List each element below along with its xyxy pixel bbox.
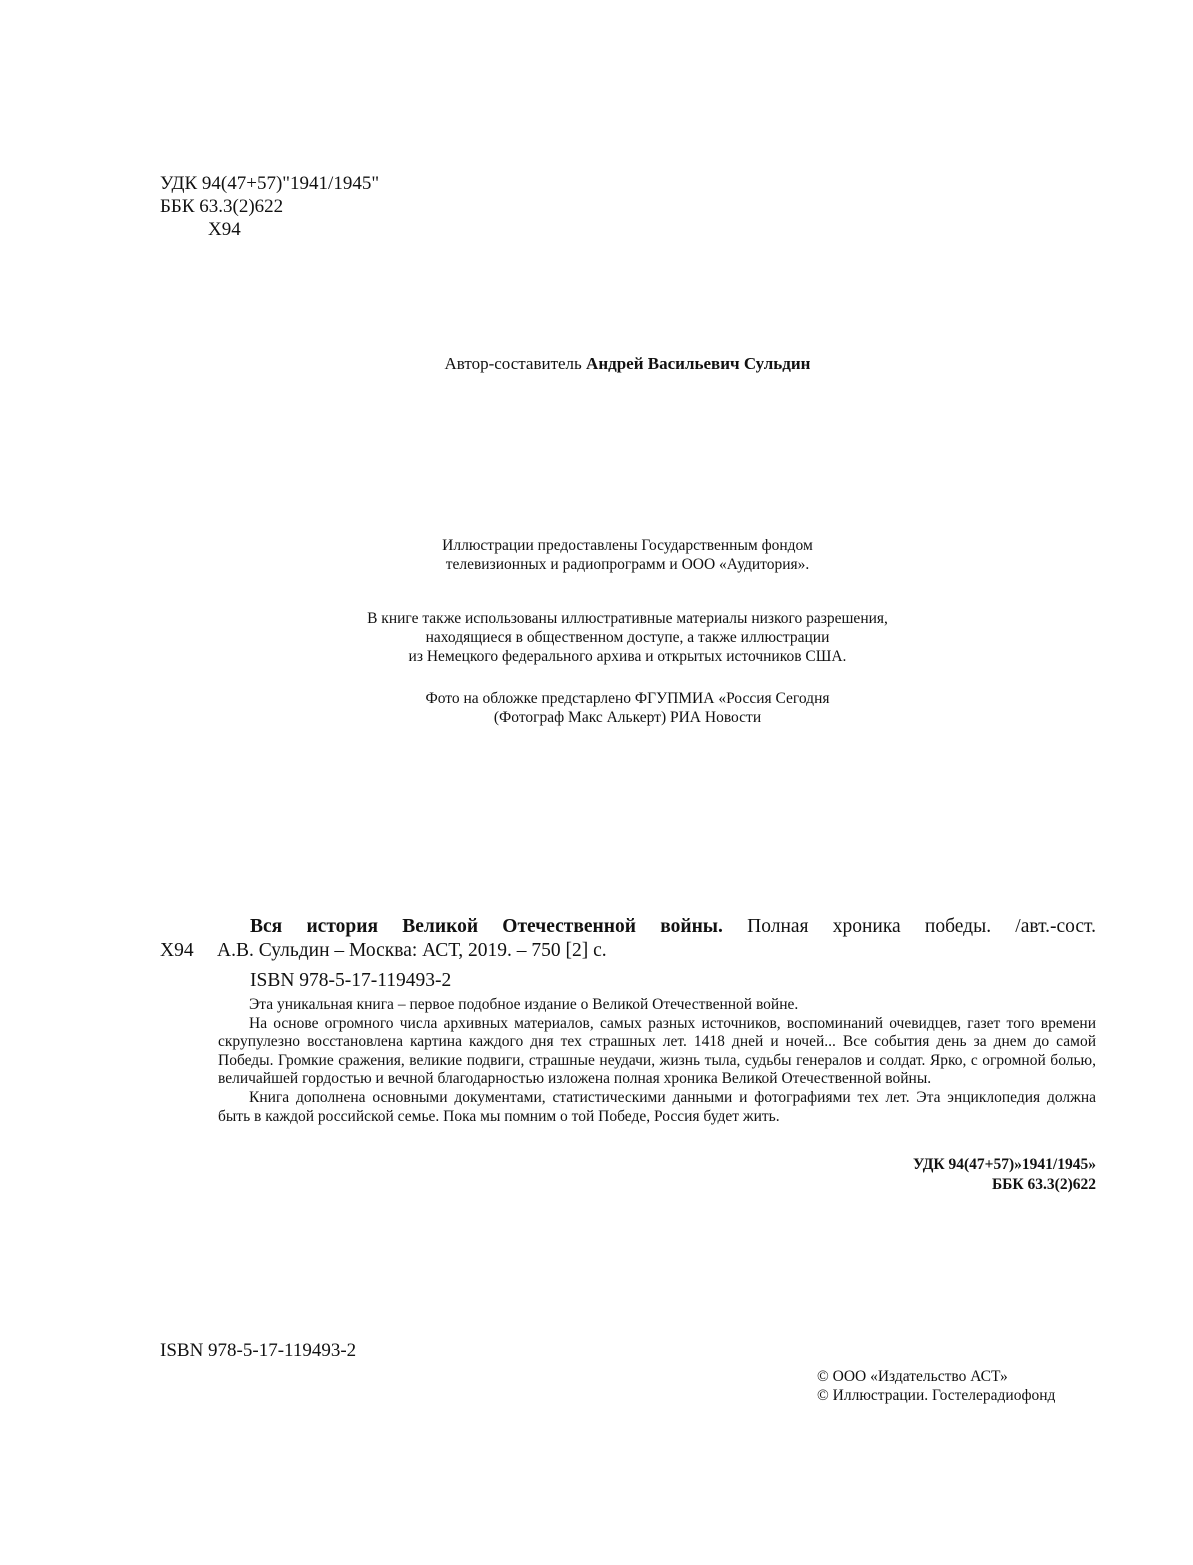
- classification-codes-top: УДК 94(47+57)"1941/1945" ББК 63.3(2)622 …: [160, 172, 379, 241]
- author-compiler-line: Автор-составитель Андрей Васильевич Суль…: [0, 354, 1193, 374]
- credit-line: из Немецкого федерального архива и откры…: [0, 647, 1193, 666]
- copyright-line: © ООО «Издательство АСТ»: [817, 1367, 1055, 1386]
- udk-code: УДК 94(47+57)»1941/1945»: [913, 1155, 1096, 1175]
- author-name: Андрей Васильевич Сульдин: [586, 354, 810, 373]
- annotation-paragraph: Книга дополнена основными документами, с…: [218, 1089, 1096, 1126]
- cover-photo-credit: Фото на обложке предстарлено ФГУПМИА «Ро…: [0, 689, 1193, 727]
- copyright-notice: © ООО «Издательство АСТ» © Иллюстрации. …: [817, 1367, 1055, 1405]
- credit-line: (Фотограф Макс Алькерт) РИА Новости: [0, 708, 1193, 727]
- copyright-line: © Иллюстрации. Гостелерадиофонд: [817, 1386, 1055, 1405]
- book-title: Вся история Великой Отечественной войны.: [250, 916, 723, 937]
- book-title-line: Вся история Великой Отечественной войны.…: [160, 915, 1096, 939]
- author-sign: Х94: [160, 218, 379, 241]
- annotation: Эта уникальная книга – первое подобное и…: [218, 996, 1096, 1126]
- materials-credit: В книге также использованы иллюстративны…: [0, 609, 1193, 666]
- illustrations-credit: Иллюстрации предоставлены Государственны…: [0, 536, 1193, 574]
- isbn: ISBN 978-5-17-119493-2: [160, 1340, 356, 1362]
- annotation-paragraph: Эта уникальная книга – первое подобное и…: [218, 996, 1096, 1015]
- bibliographic-record: Вся история Великой Отечественной войны.…: [160, 915, 1096, 993]
- book-subtitle: Полная хроника победы. /авт.-сост.: [723, 916, 1096, 937]
- credit-line: Фото на обложке предстарлено ФГУПМИА «Ро…: [0, 689, 1193, 708]
- publication-details: А.В. Сульдин – Москва: АСТ, 2019. – 750 …: [160, 939, 1096, 963]
- bib-author-sign: Х94: [160, 939, 194, 963]
- classification-codes-bottom: УДК 94(47+57)»1941/1945» ББК 63.3(2)622: [913, 1155, 1096, 1195]
- bib-second-row: Х94 А.В. Сульдин – Москва: АСТ, 2019. – …: [160, 939, 1096, 963]
- credit-line: Иллюстрации предоставлены Государственны…: [0, 536, 1193, 555]
- credit-line: телевизионных и радиопрограмм и ООО «Ауд…: [0, 555, 1193, 574]
- credit-line: В книге также использованы иллюстративны…: [0, 609, 1193, 628]
- author-label: Автор-составитель: [445, 354, 587, 373]
- udk-code: УДК 94(47+57)"1941/1945": [160, 172, 379, 195]
- credit-line: находящиеся в общественном доступе, а та…: [0, 628, 1193, 647]
- bbk-code: ББК 63.3(2)622: [160, 195, 379, 218]
- bbk-code: ББК 63.3(2)622: [913, 1175, 1096, 1195]
- annotation-paragraph: На основе огромного числа архивных матер…: [218, 1015, 1096, 1089]
- bib-isbn: ISBN 978-5-17-119493-2: [160, 969, 1096, 993]
